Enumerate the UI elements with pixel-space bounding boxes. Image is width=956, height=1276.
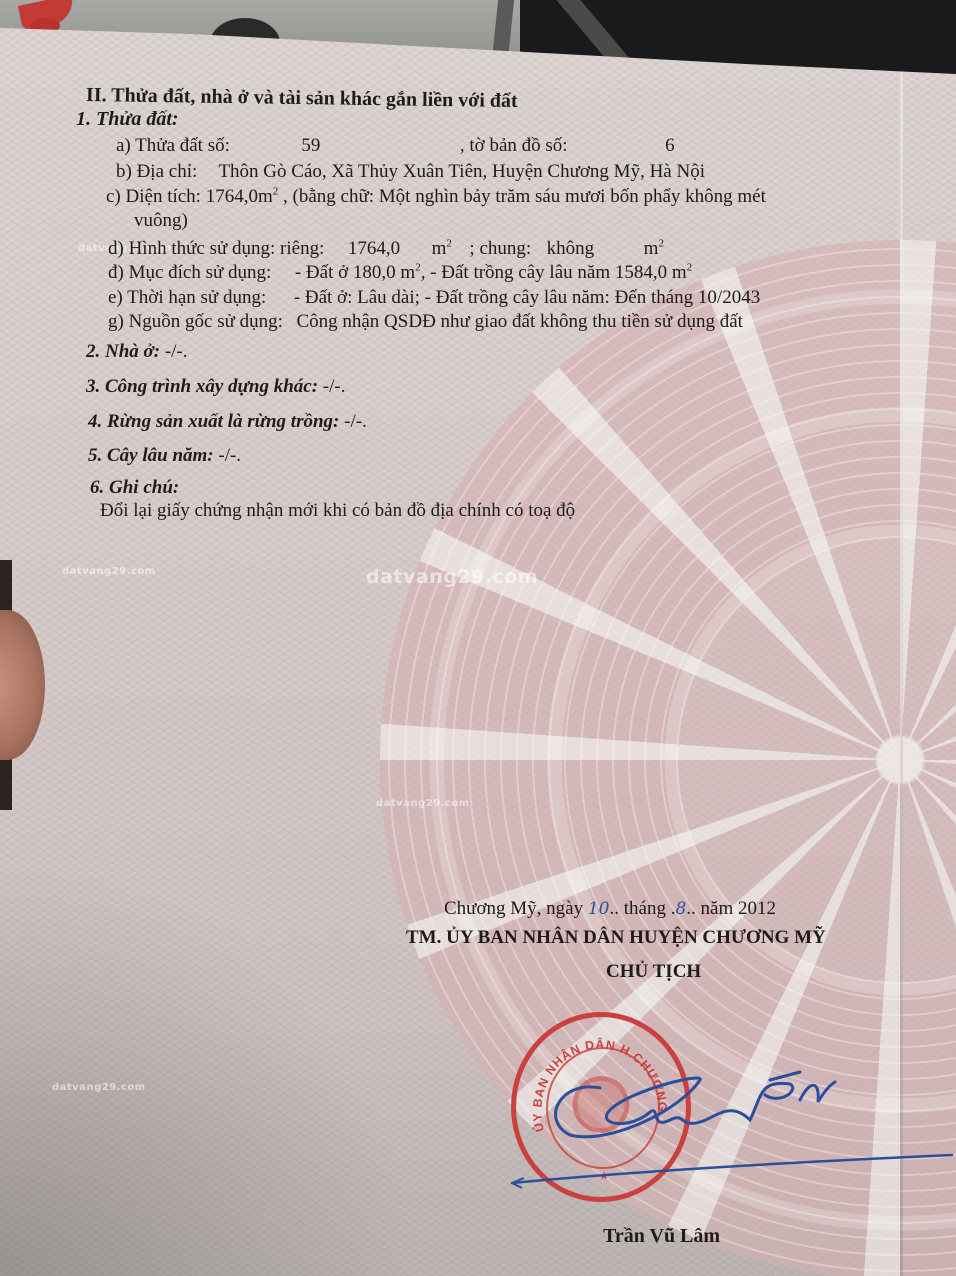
address-value: Thôn Gò Cáo, Xã Thủy Xuân Tiên, Huyện Ch… (218, 161, 705, 182)
unit: m (432, 238, 447, 259)
watermark: datvang29.com (62, 566, 156, 577)
address-label: b) Địa chỉ: (116, 161, 197, 182)
unit-superscript: 2 (446, 238, 452, 250)
parcel-number-value: 59 (301, 135, 320, 156)
item-value: -/-. (218, 445, 241, 466)
shared-label: ; chung: (469, 238, 531, 259)
signer-title: CHỦ TỊCH (606, 961, 701, 983)
area-unit-superscript: 2 (273, 186, 279, 198)
usage-origin-label: g) Nguồn gốc sử dụng: (108, 311, 283, 332)
parcel-number-row: a) Thửa đất số: 59 , tờ bản đồ số: 6 (116, 135, 675, 157)
signer-name: Trần Vũ Lâm (603, 1225, 720, 1248)
usage-purpose-value: , - Đất trồng cây lâu năm 1584,0 m (421, 262, 687, 283)
item-value: -/-. (165, 341, 188, 362)
item-heading: 5. Cây lâu năm: (88, 445, 214, 466)
usage-purpose-label: đ) Mục đích sử dụng: (108, 262, 271, 283)
shared-value: không (547, 238, 595, 259)
planted-forest-row: 4. Rừng sản xuất là rừng trồng: -/-. (88, 411, 367, 433)
area-row: c) Diện tích: 1764,0m2 , (bằng chữ: Một … (106, 186, 766, 208)
area-in-words-continued: vuông) (134, 210, 188, 232)
issuing-authority: TM. ỦY BAN NHÂN DÂN HUYỆN CHƯƠNG MỸ (406, 927, 826, 949)
house-row: 2. Nhà ở: -/-. (86, 341, 188, 363)
item-heading: 2. Nhà ở: (86, 341, 160, 362)
watermark: datvang29.com (52, 1082, 146, 1093)
year-label: năm 2012 (701, 898, 776, 919)
month-label: tháng (624, 898, 666, 919)
area-label: c) Diện tích: (106, 186, 201, 207)
item-value: -/-. (323, 376, 346, 397)
private-area-value: 1764,0 (348, 238, 400, 259)
item-heading: 3. Công trình xây dựng khác: (86, 376, 318, 397)
place-date: Chương Mỹ, ngày 10.. tháng .8.. năm 2012 (444, 898, 776, 920)
item-heading: 4. Rừng sản xuất là rừng trồng: (88, 411, 339, 432)
usage-term-row: e) Thời hạn sử dụng: - Đất ở: Lâu dài; -… (108, 287, 760, 309)
land-parcel-heading: 1. Thửa đất: (76, 108, 179, 131)
usage-form-row: d) Hình thức sử dụng: riêng: 1764,0 m2 ;… (108, 238, 664, 260)
usage-purpose-value: - Đất ở 180,0 m (295, 262, 415, 283)
unit-superscript: 2 (658, 238, 664, 250)
notes-text: Đổi lại giấy chứng nhận mới khi có bản đ… (100, 500, 575, 522)
map-sheet-value: 6 (665, 135, 675, 156)
usage-term-label: e) Thời hạn sử dụng: (108, 287, 266, 308)
unit: m (644, 238, 659, 259)
watermark: datvang29.com (376, 798, 470, 809)
handwritten-day: 10 (588, 899, 610, 919)
place-date-prefix: Chương Mỹ, ngày (444, 898, 583, 919)
watermark: datvang29.com (366, 566, 538, 588)
usage-origin-value: Công nhận QSDĐ như giao đất không thu ti… (296, 311, 742, 332)
map-sheet-label: , tờ bản đồ số: (460, 135, 568, 156)
usage-origin-row: g) Nguồn gốc sử dụng: Công nhận QSDĐ như… (108, 311, 743, 333)
area-value: 1764,0m (206, 186, 273, 207)
item-value: -/-. (344, 411, 367, 432)
handwritten-signature (500, 1050, 956, 1210)
other-construction-row: 3. Công trình xây dựng khác: -/-. (86, 376, 345, 398)
usage-purpose-row: đ) Mục đích sử dụng: - Đất ở 180,0 m2, -… (108, 262, 692, 284)
handwritten-month: 8 (675, 899, 686, 919)
area-in-words: , (bằng chữ: Một nghìn bảy trăm sáu mươi… (283, 186, 766, 207)
parcel-number-label: a) Thửa đất số: (116, 135, 230, 156)
usage-form-label: d) Hình thức sử dụng: riêng: (108, 238, 324, 259)
notes-heading: 6. Ghi chú: (90, 477, 179, 499)
perennial-trees-row: 5. Cây lâu năm: -/-. (88, 445, 241, 467)
address-row: b) Địa chỉ: Thôn Gò Cáo, Xã Thủy Xuân Ti… (116, 161, 705, 183)
unit-superscript: 2 (687, 262, 693, 274)
usage-term-value: - Đất ở: Lâu dài; - Đất trồng cây lâu nă… (294, 287, 760, 308)
paper-shadow (0, 856, 420, 1276)
